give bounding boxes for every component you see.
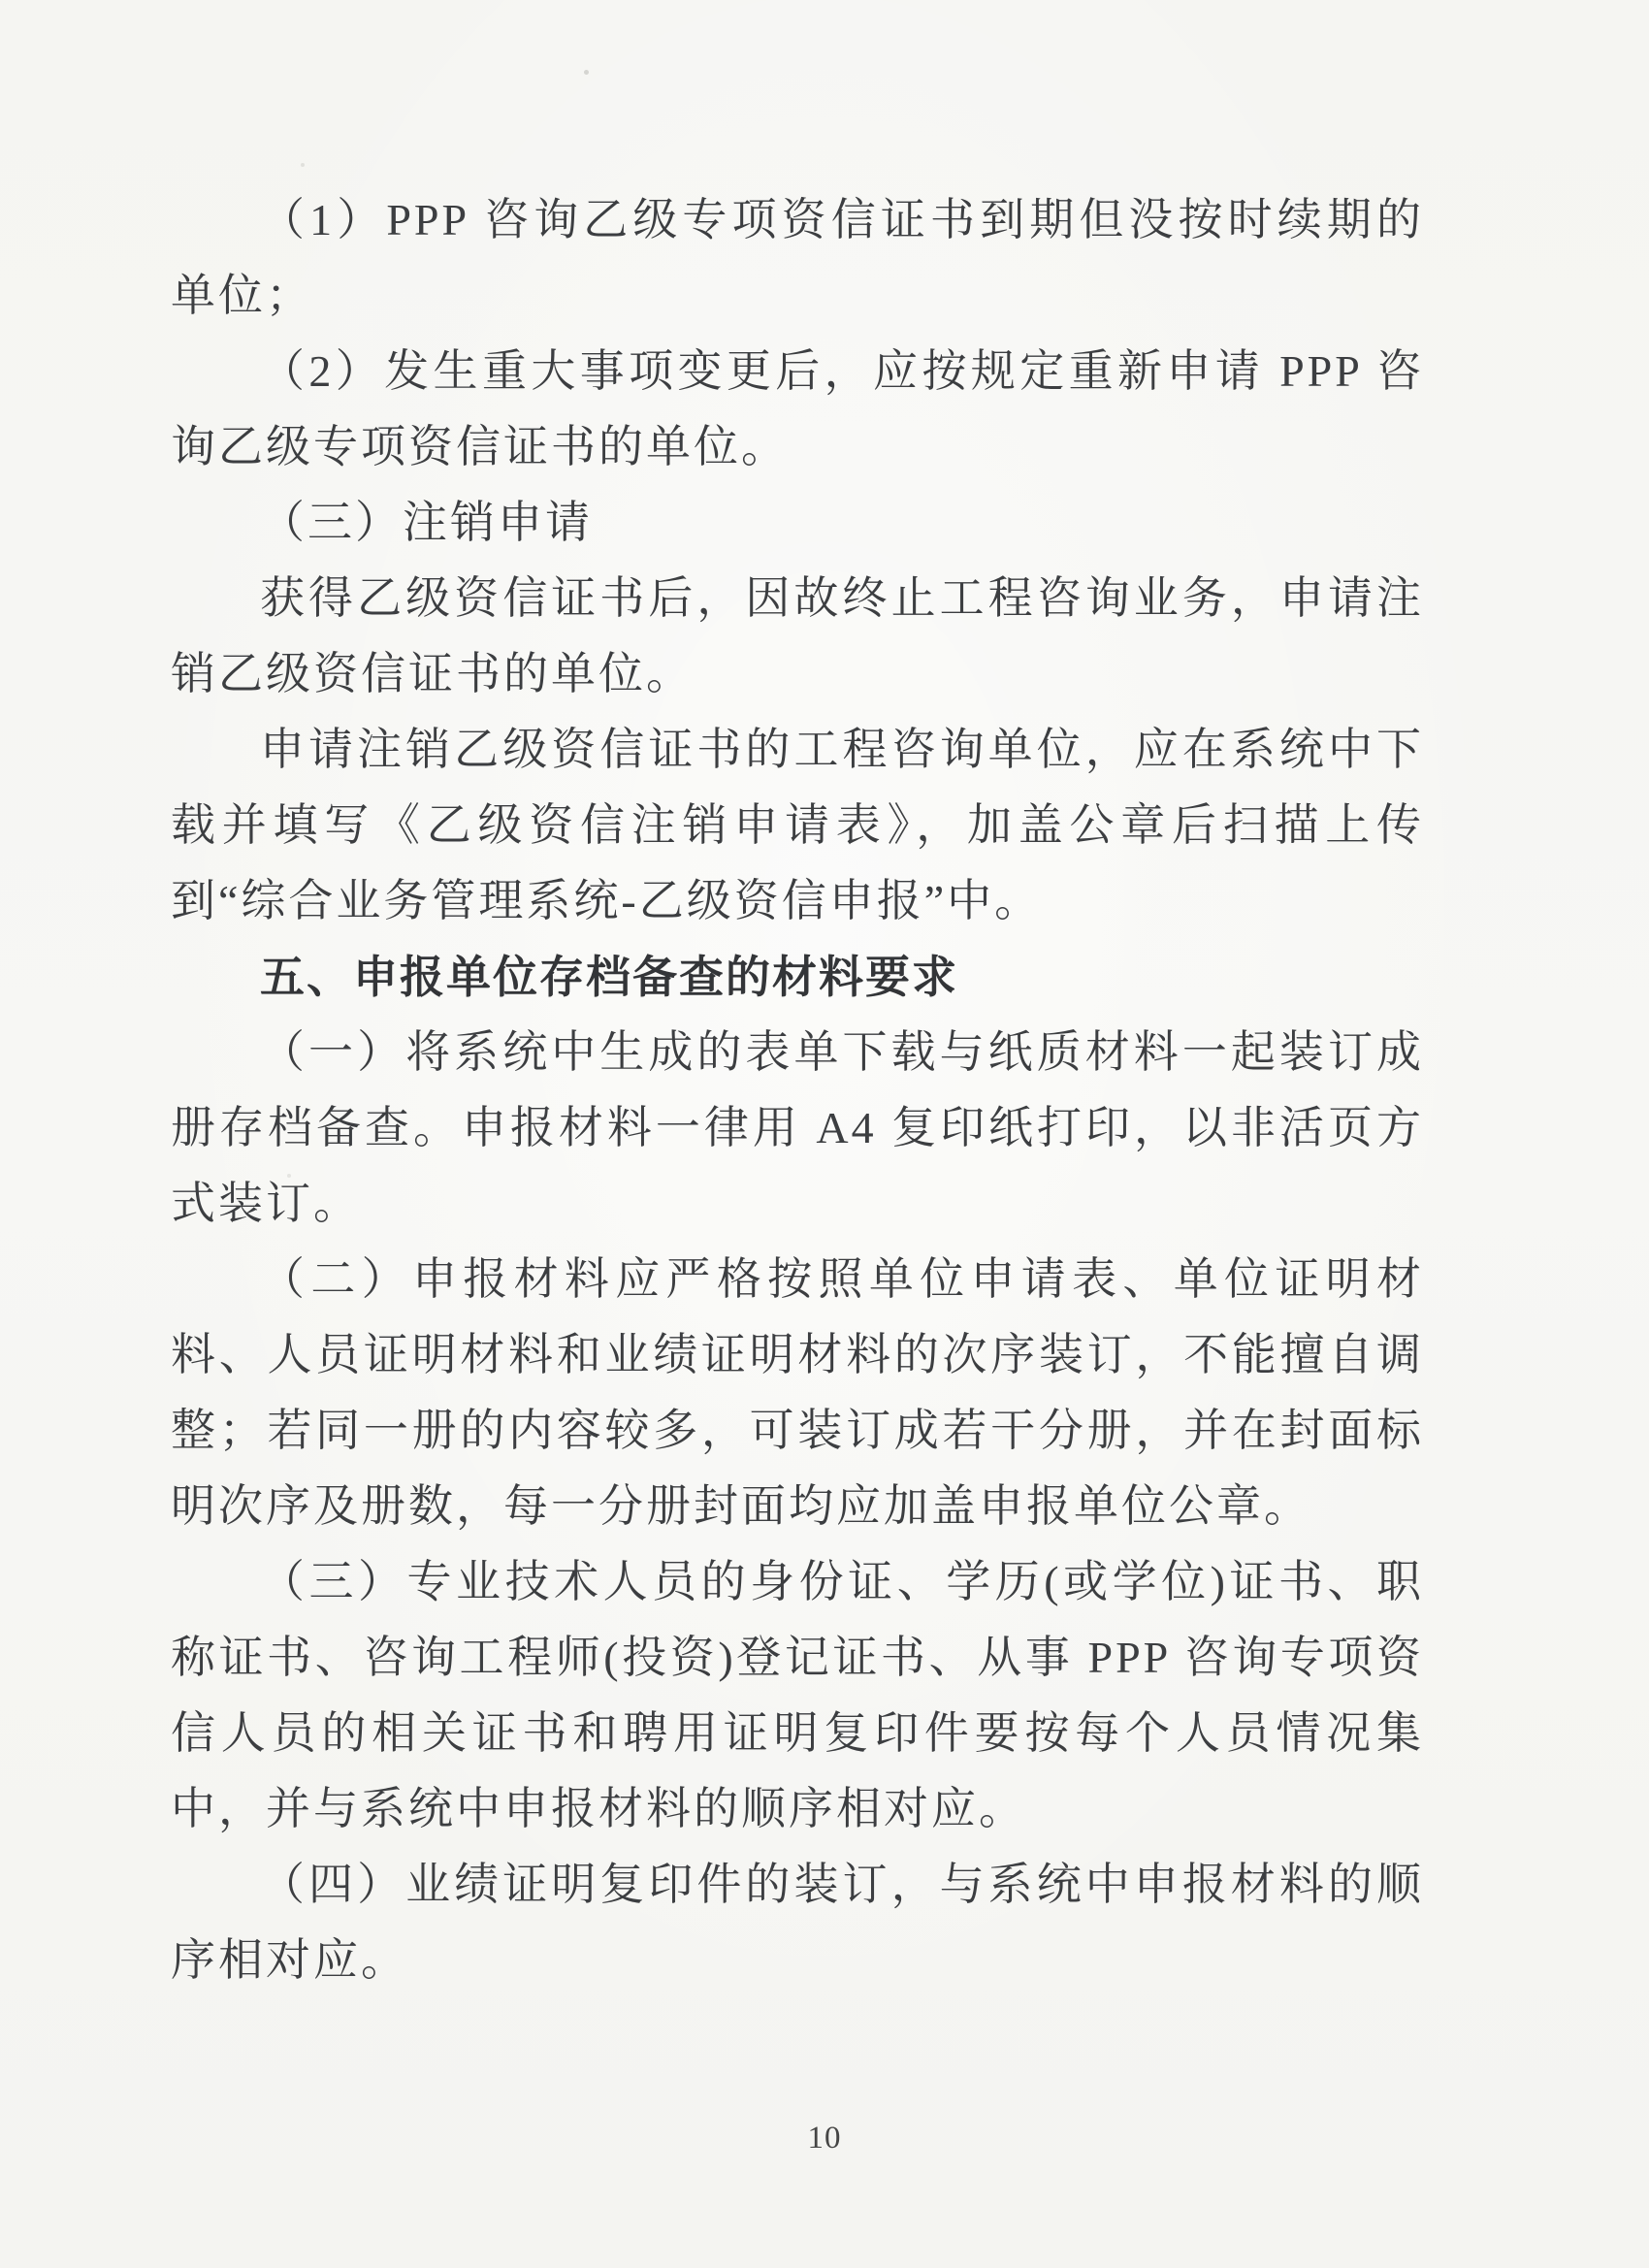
document-body: （1）PPP 咨询乙级专项资信证书到期但没按时续期的单位； （2）发生重大事项变…	[171, 182, 1424, 1998]
page-number: 10	[0, 2119, 1649, 2157]
paragraph-item-2: （2）发生重大事项变更后，应按规定重新申请 PPP 咨询乙级专项资信证书的单位。	[171, 334, 1424, 485]
scan-speck	[584, 70, 589, 75]
paragraph-requirement-1: （一）将系统中生成的表单下载与纸质材料一起装订成册存档备查。申报材料一律用 A4…	[171, 1015, 1424, 1242]
paragraph-subheading-cancellation: （三）注销申请	[171, 485, 1424, 561]
paragraph-item-1: （1）PPP 咨询乙级专项资信证书到期但没按时续期的单位；	[171, 182, 1424, 334]
paragraph-requirement-2: （二）申报材料应严格按照单位申请表、单位证明材料、人员证明材料和业绩证明材料的次…	[171, 1242, 1424, 1544]
paragraph-cancellation-procedure: 申请注销乙级资信证书的工程咨询单位，应在系统中下载并填写《乙级资信注销申请表》，…	[171, 712, 1424, 939]
paragraph-cancellation-scope: 获得乙级资信证书后，因故终止工程咨询业务，申请注销乙级资信证书的单位。	[171, 561, 1424, 712]
paragraph-requirement-3: （三）专业技术人员的身份证、学历(或学位)证书、职称证书、咨询工程师(投资)登记…	[171, 1544, 1424, 1847]
scan-speck	[301, 163, 305, 167]
paragraph-requirement-4: （四）业绩证明复印件的装订，与系统中申报材料的顺序相对应。	[171, 1847, 1424, 1998]
section-heading-five: 五、申报单位存档备查的材料要求	[171, 939, 1424, 1015]
